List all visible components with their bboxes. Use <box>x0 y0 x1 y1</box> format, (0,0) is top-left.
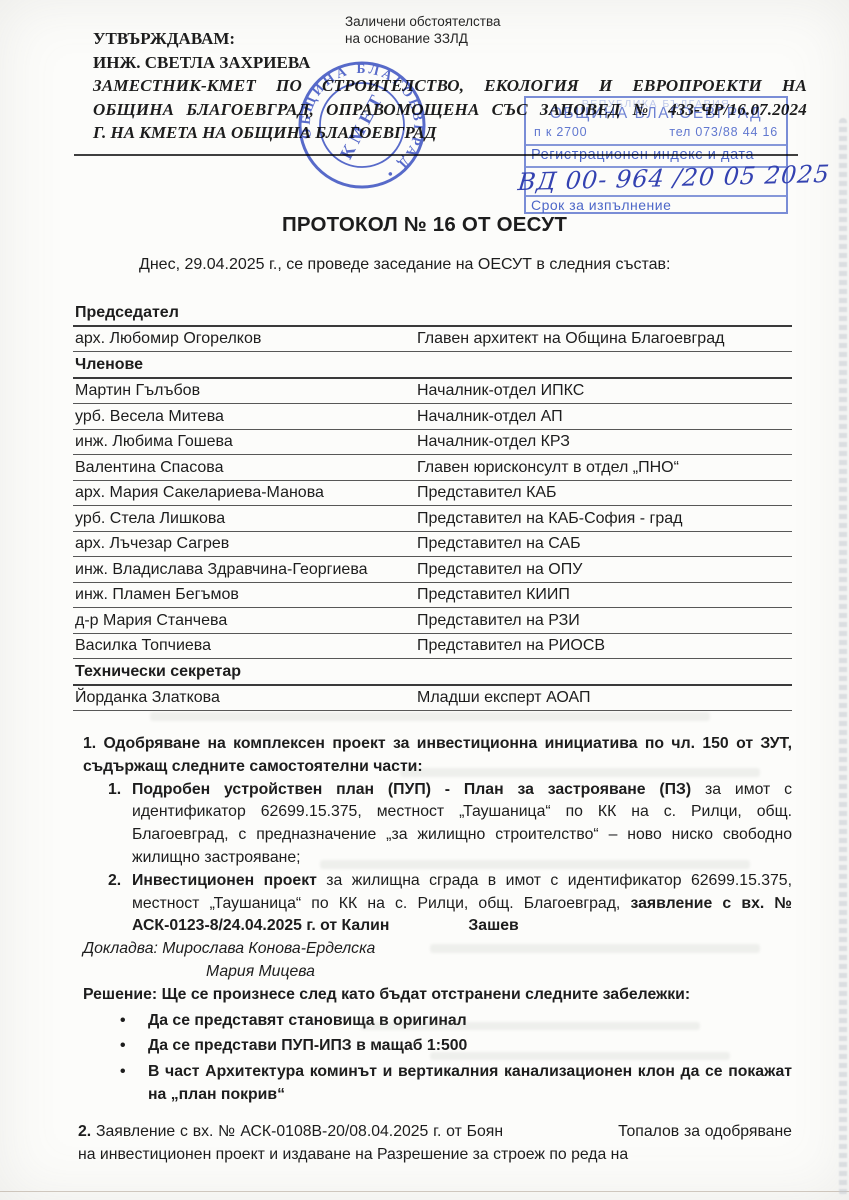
member-name-cell: урб. Весела Митева <box>73 405 417 429</box>
intro-paragraph: Днес, 29.04.2025 г., се проведе заседани… <box>75 256 791 274</box>
stamp-reg-index-label: Регистрационен индекс и дата <box>531 147 754 163</box>
table-row: Мартин ГълъбовНачалник-отдел ИПКС <box>73 379 792 405</box>
member-name-cell: арх. Мария Сакелариева-Манова <box>73 481 417 505</box>
bleed-through-artifact <box>360 1022 700 1030</box>
section-header-cell: Председател <box>73 301 417 325</box>
bullet-text: В част Архитектура коминът и вертикалния… <box>148 1061 792 1107</box>
member-name-cell: арх. Лъчезар Сагрев <box>73 532 417 556</box>
approval-line: УТВЪРЖДАВАМ: <box>93 27 807 51</box>
member-role-cell: Главен архитект на Община Благоевград <box>417 327 792 351</box>
committee-table: Председателарх. Любомир ОгорелковГлавен … <box>73 300 792 711</box>
table-row: д-р Мария СтанчеваПредставител на РЗИ <box>73 608 792 634</box>
bullet-icon: • <box>118 1035 148 1058</box>
member-role-cell: Началник-отдел АП <box>417 405 792 429</box>
member-name-cell: Йорданка Златкова <box>73 686 417 710</box>
stamp-postcode: п к 2700 <box>534 125 587 139</box>
approval-line: ЗАМЕСТНИК-КМЕТ ПО СТРОИТЕЛСТВО, ЕКОЛОГИЯ… <box>93 74 807 98</box>
member-name-cell: инж. Любима Гошева <box>73 430 417 454</box>
decision-line: Решение: Ще се произнесе след като бъдат… <box>83 984 792 1007</box>
table-row: Технически секретар <box>73 659 792 686</box>
table-row: Председател <box>73 300 792 327</box>
table-row: инж. Владислава Здравчина-ГеоргиеваПредс… <box>73 557 792 583</box>
table-row: Членове <box>73 352 792 379</box>
member-role-cell: Младши експерт АОАП <box>417 686 792 710</box>
table-row: Василка ТопчиеваПредставител на РИОСВ <box>73 634 792 660</box>
protocol-title: ПРОТОКОЛ № 16 ОТ ОЕСУТ <box>0 213 849 237</box>
scanned-protocol-document: Заличени обстоятелства на основание ЗЗЛД… <box>0 0 849 1200</box>
member-role-cell: Началник-отдел КРЗ <box>417 430 792 454</box>
ordered-item-number: 1. <box>108 779 132 870</box>
table-row: инж. Любима ГошеваНачалник-отдел КРЗ <box>73 430 792 456</box>
bullet-item: •В част Архитектура коминът и вертикални… <box>118 1061 792 1107</box>
table-row: арх. Мария Сакелариева-МановаПредставите… <box>73 481 792 507</box>
member-role-cell: Представител на РИОСВ <box>417 634 792 658</box>
section-header-cell: Членове <box>73 353 417 377</box>
bleed-through-artifact <box>400 768 760 777</box>
table-row: арх. Лъчезар СагревПредставител на САБ <box>73 532 792 558</box>
member-name-cell: инж. Пламен Бегъмов <box>73 583 417 607</box>
member-name-cell: арх. Любомир Огорелков <box>73 327 417 351</box>
text-run: 2. <box>78 1123 96 1140</box>
stamp-municipality-label: ОБЩИНА БЛАГОЕВГРАД <box>526 105 786 123</box>
member-name-cell: Василка Топчиева <box>73 634 417 658</box>
bullet-icon: • <box>118 1061 148 1107</box>
table-row: инж. Пламен БегъмовПредставител КИИП <box>73 583 792 609</box>
text-run: Подробен устройствен план (ПУП) - План з… <box>132 781 705 798</box>
bleed-through-artifact <box>430 1052 730 1060</box>
member-role-cell: Представител на САБ <box>417 532 792 556</box>
bleed-through-artifact <box>430 944 760 953</box>
text-run: Инвестиционен проект <box>132 872 326 889</box>
registration-stamp: РЕПУБЛИКА БЪЛГАРИЯ ОБЩИНА БЛАГОЕВГРАД п … <box>524 96 788 214</box>
member-name-cell: урб. Стела Лишкова <box>73 507 417 531</box>
seal-center-text: КМЕТ <box>336 88 388 163</box>
member-role-cell: Главен юрисконсулт в отдел „ПНО“ <box>417 456 792 480</box>
table-row: арх. Любомир ОгорелковГлавен архитект на… <box>73 327 792 353</box>
stamp-deadline-label: Срок за изпълнение <box>531 197 671 213</box>
reporter-line: Мария Мицева <box>206 961 792 984</box>
round-seal-stamp: ОБЩИНА БЛАГОЕВГРАД • КМЕТ <box>295 58 429 192</box>
ordered-item-text: Инвестиционен проект за жилищна сграда в… <box>132 870 792 938</box>
ordered-item-text: Подробен устройствен план (ПУП) - План з… <box>132 779 792 870</box>
table-row: урб. Стела ЛишковаПредставител на КАБ-Со… <box>73 506 792 532</box>
member-role-cell: Представител на РЗИ <box>417 609 792 633</box>
table-row: Валентина СпасоваГлавен юрисконсулт в от… <box>73 455 792 481</box>
member-name-cell: Мартин Гълъбов <box>73 379 417 403</box>
member-name-cell: д-р Мария Станчева <box>73 609 417 633</box>
ordered-item-number: 2. <box>108 870 132 938</box>
agenda-item-1-list: 1.Подробен устройствен план (ПУП) - План… <box>78 779 792 939</box>
member-role-cell: Представител КАБ <box>417 481 792 505</box>
ordered-item: 2.Инвестиционен проект за жилищна сграда… <box>108 870 792 938</box>
scan-edge-strip <box>839 118 847 1196</box>
bottom-scan-line <box>0 1191 849 1192</box>
ordered-item: 1.Подробен устройствен план (ПУП) - План… <box>108 779 792 870</box>
bleed-through-artifact <box>320 860 750 869</box>
member-role-cell: Началник-отдел ИПКС <box>417 379 792 403</box>
stamp-phone: тел 073/88 44 16 <box>669 125 778 139</box>
stamp-contact-row: п к 2700 тел 073/88 44 16 <box>534 125 778 139</box>
table-row: Йорданка ЗлатковаМладши експерт АОАП <box>73 686 792 712</box>
member-role-cell: Представител на ОПУ <box>417 558 792 582</box>
section-header-cell: Технически секретар <box>73 660 417 684</box>
member-name-cell: Валентина Спасова <box>73 456 417 480</box>
bleed-through-artifact <box>150 712 710 721</box>
approval-line: ИНЖ. СВЕТЛА ЗАХРИЕВА <box>93 51 807 75</box>
member-role-cell: Представител КИИП <box>417 583 792 607</box>
member-name-cell: инж. Владислава Здравчина-Георгиева <box>73 558 417 582</box>
text-run: Заявление с вх. № АСК-0108В-20/08.04.202… <box>78 1123 792 1163</box>
agenda-item-2-paragraph: 2. Заявление с вх. № АСК-0108В-20/08.04.… <box>78 1121 792 1167</box>
bullet-icon: • <box>118 1010 148 1033</box>
member-role-cell: Представител на КАБ-София - град <box>417 507 792 531</box>
stamp-divider <box>526 144 786 146</box>
table-row: урб. Весела МитеваНачалник-отдел АП <box>73 404 792 430</box>
